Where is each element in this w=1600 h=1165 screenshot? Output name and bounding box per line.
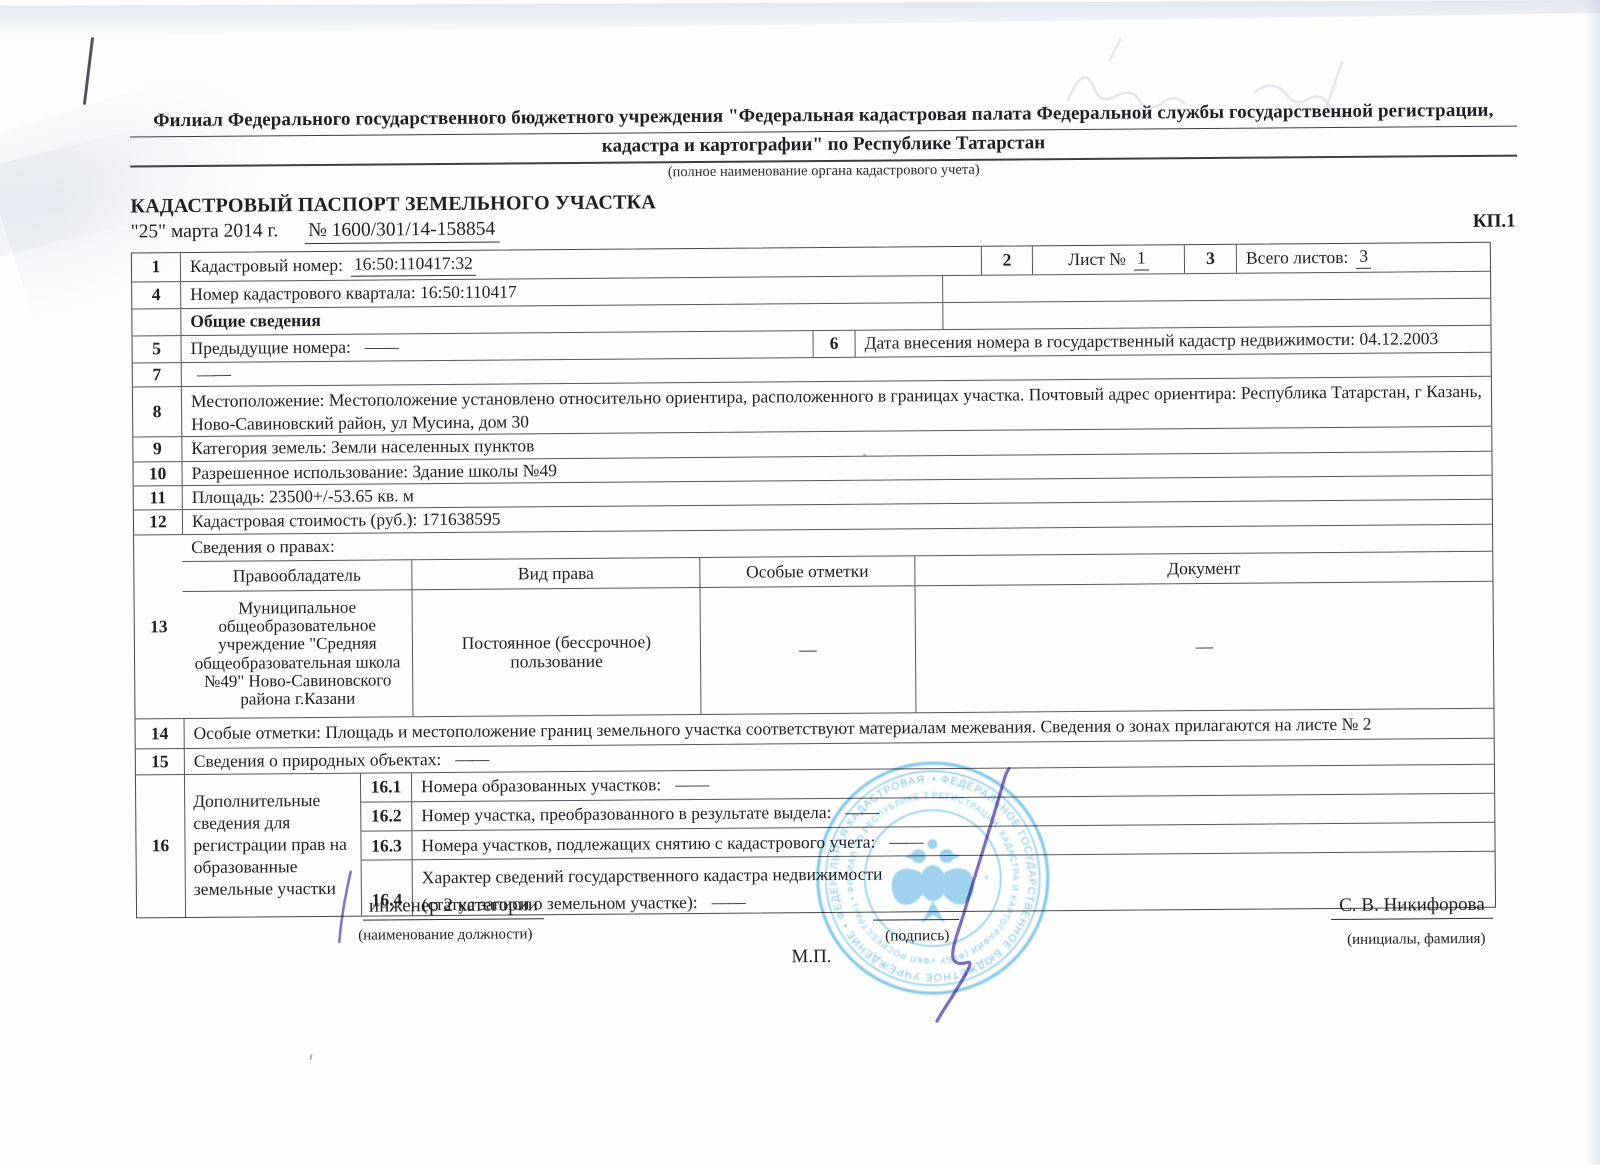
cadastral-passport-document: Филиал Федерального государственного бюд…: [130, 99, 1525, 1160]
position-tick-stroke: [339, 872, 352, 942]
ink-overlay: [130, 99, 1525, 1160]
signature-stroke: [935, 769, 1011, 1022]
scanned-page: Филиал Федерального государственного бюд…: [0, 0, 1600, 1165]
